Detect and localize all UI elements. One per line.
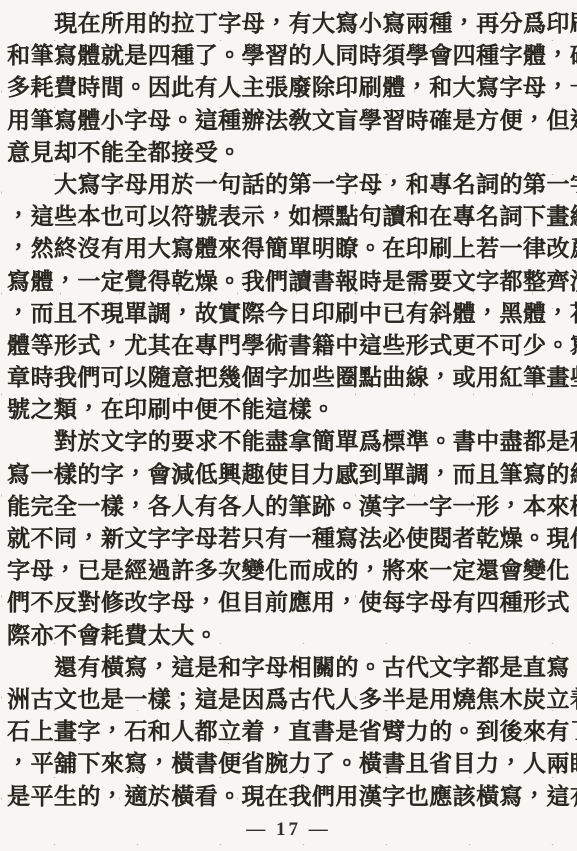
page-number: — 17 — <box>0 819 577 841</box>
text-line: 石上畫字，石和人都立着，直書是省臂力的。到後來有了紙 <box>7 716 572 748</box>
text-line: 用筆寫體小字母。這種辦法敎文盲學習時確是方便，但這種 <box>7 105 572 137</box>
text-line: 寫體，一定覺得乾燥。我們讀書報時是需要文字都整齊清晰 <box>7 266 572 298</box>
text-line: 就不同，新文字字母若只有一種寫法必使閱者乾燥。現代的 <box>7 523 572 555</box>
text-line: 意見却不能全都接受。 <box>7 137 572 169</box>
text-line: 還有橫寫，這是和字母相關的。古代文字都是直寫，歐 <box>7 652 572 684</box>
text-line: ，這些本也可以符號表示，如標點句讀和在專名詞下畫線等 <box>7 201 572 233</box>
text-line: 章時我們可以隨意把幾個字加些圈點曲線，或用紅筆畫些記 <box>7 362 572 394</box>
text-line: 際亦不會耗費太大。 <box>7 620 572 652</box>
text-line: 體等形式，尤其在專門學術書籍中這些形式更不可少。寫文 <box>7 330 572 362</box>
text-line: ，平舖下來寫，橫書便省腕力了。橫書且省目力，人兩眼本 <box>7 748 572 780</box>
text-line: 洲古文也是一樣；這是因爲古代人多半是用燒焦木炭立着往 <box>7 684 572 716</box>
paragraph: 大寫字母用於一句話的第一字母，和專名詞的第一字母，這些本也可以符號表示，如標點句… <box>7 169 572 427</box>
text-line: 號之類，在印刷中便不能這樣。 <box>7 394 572 426</box>
body-text: 現在所用的拉丁字母，有大寫小寫兩種，再分爲印刷體和筆寫體就是四種了。學習的人同時… <box>0 0 577 813</box>
text-line: 和筆寫體就是四種了。學習的人同時須學會四種字體，確實 <box>7 40 572 72</box>
text-line: 能完全一樣，各人有各人的筆跡。漢字一字一形，本來樣子 <box>7 491 572 523</box>
document-page: 現在所用的拉丁字母，有大寫小寫兩種，再分爲印刷體和筆寫體就是四種了。學習的人同時… <box>0 0 577 851</box>
text-line: ，然終沒有用大寫體來得簡單明瞭。在印刷上若一律改爲筆 <box>7 233 572 265</box>
text-line: ，而且不現單調，故實際今日印刷中已有斜體，黑體，花紋 <box>7 298 572 330</box>
text-line: 對於文字的要求不能盡拿簡單爲標準。書中盡都是和筆 <box>7 426 572 458</box>
paragraph: 對於文字的要求不能盡拿簡單爲標準。書中盡都是和筆寫一樣的字，會減低興趣使目力感到… <box>7 426 572 651</box>
text-line: 多耗費時間。因此有人主張廢除印刷體，和大寫字母，一律 <box>7 72 572 104</box>
text-line: 大寫字母用於一句話的第一字母，和專名詞的第一字母 <box>7 169 572 201</box>
paragraph: 現在所用的拉丁字母，有大寫小寫兩種，再分爲印刷體和筆寫體就是四種了。學習的人同時… <box>7 8 572 169</box>
text-line: 們不反對修改字母，但目前應用，使每字母有四種形式，實 <box>7 587 572 619</box>
text-line: 現在所用的拉丁字母，有大寫小寫兩種，再分爲印刷體 <box>7 8 572 40</box>
text-line: 字母，已是經過許多次變化而成的，將來一定還會變化。我 <box>7 555 572 587</box>
text-line: 寫一樣的字，會減低興趣使目力感到單調，而且筆寫的總不 <box>7 459 572 491</box>
text-line: 是平生的，適於橫看。現在我們用漢字也應該橫寫，這有很 <box>7 781 572 813</box>
paragraph: 還有橫寫，這是和字母相關的。古代文字都是直寫，歐洲古文也是一樣；這是因爲古代人多… <box>7 652 572 813</box>
